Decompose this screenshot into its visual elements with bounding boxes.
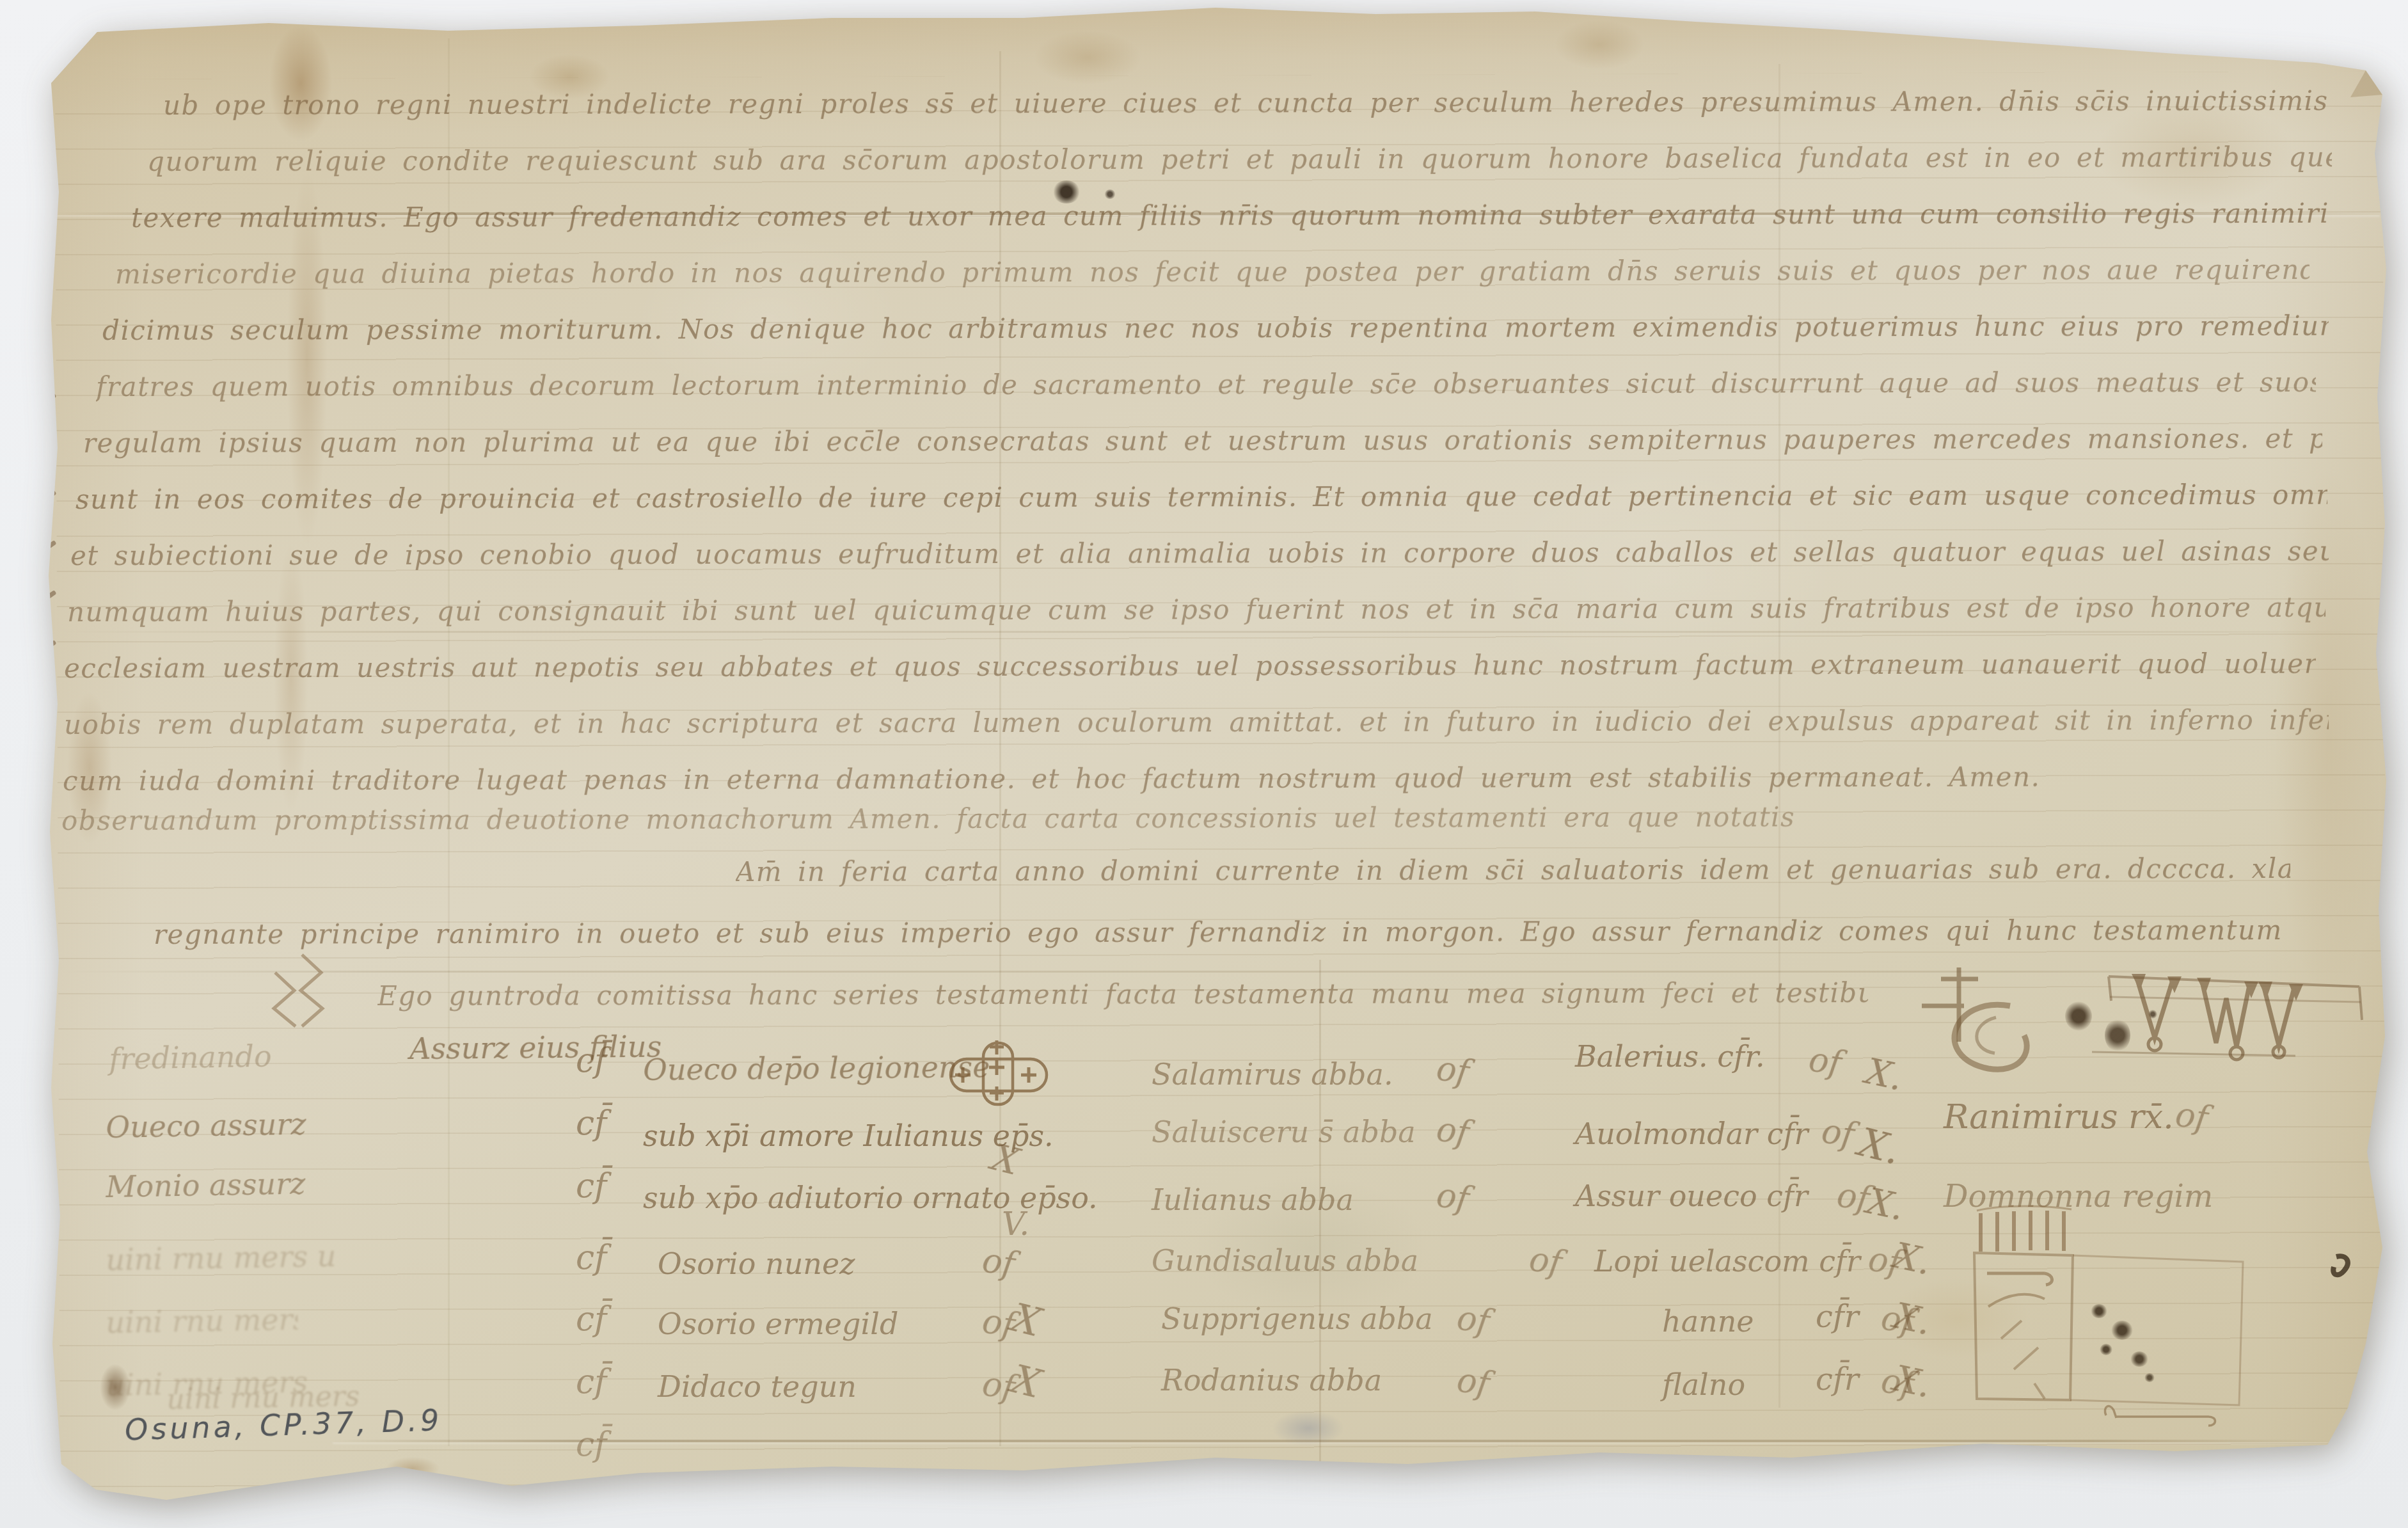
ink-blot — [2065, 1001, 2092, 1031]
confirmation-mark: of — [1819, 1112, 1857, 1154]
parchment-wrapper: ub ope trono regni nuestri indelicte reg… — [0, 0, 2408, 1528]
confirmation-mark: cf̄ — [576, 1300, 606, 1339]
witness-signature: Supprigenus abba — [1161, 1301, 1433, 1336]
ink-blot — [2111, 1321, 2133, 1340]
charter-text-line: sunt in eos comites de prouincia et cast… — [75, 479, 2327, 515]
faded-signature: uini rnu mers uame nrio um — [106, 1239, 337, 1277]
confirmation-mark: of — [1455, 1299, 1492, 1341]
confirmation-mark: cf̄ — [576, 1042, 606, 1080]
witness-signature: fredinando — [109, 1039, 272, 1076]
confirmation-mark: of — [1527, 1240, 1564, 1282]
margin-cross-marks — [38, 1376, 52, 1470]
confirmation-mark: of — [1434, 1176, 1471, 1218]
parchment-charter: ub ope trono regni nuestri indelicte reg… — [0, 0, 2408, 1528]
confirmation-mark: V. — [1002, 1206, 1029, 1243]
witness-signature: Salamirus abba. — [1152, 1057, 1393, 1092]
confirmation-mark: of — [2173, 1095, 2210, 1138]
charter-text-line: obseruandum promptissima deuotione monac… — [61, 800, 2301, 836]
witness-signature: hanne — [1662, 1304, 1754, 1339]
charter-text-line: regnante principe ranimiro in oueto et s… — [154, 914, 2284, 950]
ink-blot — [2091, 1304, 2107, 1318]
witness-signature: Saluisceru s̄ abba — [1152, 1115, 1416, 1149]
charter-text-line: fratres quem uotis omnibus decorum lecto… — [96, 367, 2316, 402]
confirmation-mark: cf̄ — [576, 1167, 606, 1206]
charter-text-line: ecclesiam uestram uestris aut nepotis se… — [64, 648, 2316, 684]
confirmation-mark: cf̄ — [576, 1363, 606, 1401]
witness-signature: Assurz eius filius — [409, 1030, 662, 1066]
confirmation-mark: of — [980, 1241, 1017, 1284]
witness-signature: Osorio ermegild — [658, 1307, 898, 1341]
witness-signature: Lopi uelascom cf̄r — [1594, 1244, 1860, 1278]
confirmation-mark: of — [1807, 1040, 1844, 1083]
witness-signature: Ranimirus rx̄. — [1944, 1098, 2174, 1136]
witness-signature: Oueco assurz — [106, 1107, 306, 1145]
witness-signature: Gundisaluus abba — [1152, 1243, 1418, 1278]
charter-text-line: misericordie qua diuina pietas hordo in … — [115, 254, 2309, 290]
witness-signature: Oueco dep̄o legionense — [643, 1049, 990, 1087]
charter-text-line: ub ope trono regni nuestri indelicte reg… — [163, 85, 2332, 121]
ink-blot — [1104, 189, 1116, 199]
stitch-tick — [45, 442, 56, 451]
charter-text-line: Ego guntroda comitissa hanc series testa… — [377, 977, 1868, 1012]
photo-backdrop: ub ope trono regni nuestri indelicte reg… — [0, 0, 2408, 1528]
witness-signature: cf̄r — [1816, 1362, 1859, 1397]
witness-signature: Balerius. cf̄r. — [1575, 1039, 1765, 1074]
ink-blot — [2148, 1010, 2157, 1019]
ink-blot — [2100, 1344, 2112, 1355]
witness-signature: Domnonna regim — [1944, 1179, 2213, 1214]
charter-text-line: texere maluimus. Ego assur fredenandiz c… — [131, 198, 2332, 234]
witness-signature: Osorio nunez — [658, 1246, 855, 1281]
confirmation-mark: of — [1434, 1110, 1471, 1152]
charter-text-line: et subiectioni sue de ipso cenobio quod … — [70, 536, 2329, 571]
witness-signature: flalno — [1662, 1367, 1745, 1402]
charter-text-line: Am̄ in feria carta anno domini currente … — [736, 853, 2290, 887]
charter-text-line: cum iuda domini traditore lugeat penas i… — [63, 761, 2327, 797]
witness-signature: Rodanius abba — [1161, 1363, 1382, 1397]
witness-signature: Assur oueco cf̄r — [1575, 1179, 1808, 1213]
confirmation-mark: of — [1434, 1049, 1471, 1092]
stitch-tick — [45, 690, 56, 699]
witness-signature: Auolmondar cf̄r — [1575, 1117, 1808, 1151]
confirmation-mark: cf̄ — [576, 1426, 606, 1464]
charter-text-line: regulam ipsius quam non plurima ut ea qu… — [83, 423, 2322, 459]
ink-blot — [2130, 1351, 2148, 1367]
stitch-tick — [45, 393, 56, 402]
charter-text-line: numquam huius partes, qui consignauit ib… — [67, 592, 2325, 628]
charter-text-line: dicimus seculum pessime moriturum. Nos d… — [102, 310, 2329, 346]
confirmation-mark: cf̄ — [576, 1239, 606, 1277]
confirmation-mark: cf̄ — [576, 1104, 606, 1143]
witness-signature: Didaco tegun — [658, 1369, 857, 1404]
witness-signature: Iulianus abba — [1152, 1182, 1354, 1217]
witness-signature: cf̄r — [1816, 1299, 1859, 1335]
confirmation-mark: of — [1455, 1361, 1492, 1403]
charter-text-line: uobis rem duplatam superata, et in hac s… — [64, 704, 2329, 740]
witness-signature: sub xp̄i amore Iulianus ep̄s. — [643, 1118, 1054, 1153]
faded-signature: uini rnu mers uame nrio um — [106, 1302, 298, 1340]
charter-text-line: quorum reliquie condite requiescunt sub … — [147, 141, 2332, 177]
ink-blot — [2144, 1373, 2155, 1382]
ink-blot — [2105, 1019, 2130, 1052]
witness-signature: Monio assurz — [106, 1166, 306, 1204]
